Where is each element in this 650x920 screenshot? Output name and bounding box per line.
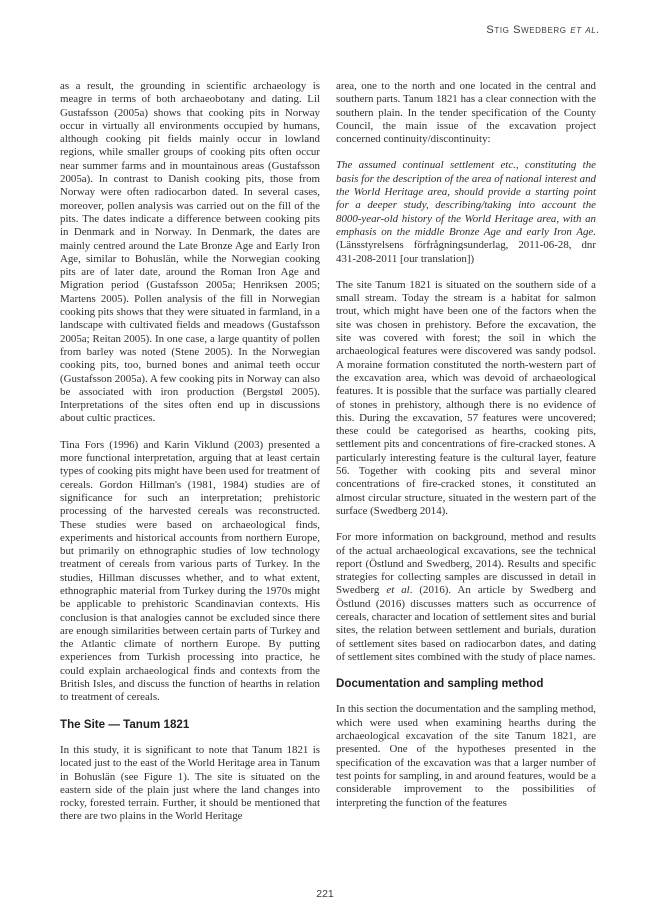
paragraph: In this section the documentation and th… (336, 703, 596, 809)
paragraph: For more information on background, meth… (336, 531, 596, 664)
document-page: Stig Swedberg et al. as a result, the gr… (0, 0, 650, 920)
running-header-etal: et al. (570, 24, 600, 36)
paragraph: area, one to the north and one located i… (336, 80, 596, 146)
paragraph: In this study, it is significant to note… (60, 744, 320, 824)
paragraph: Tina Fors (1996) and Karin Viklund (2003… (60, 439, 320, 705)
right-column: area, one to the north and one located i… (336, 80, 596, 824)
paragraph-segment-italic: et al (386, 584, 409, 596)
running-header-author: Stig Swedberg (486, 24, 570, 36)
block-quote: The assumed continual settlement etc., c… (336, 159, 596, 265)
page-footer: 221 (0, 888, 650, 900)
quote-text: The assumed continual settlement etc., c… (336, 159, 596, 237)
left-column: as a result, the grounding in scientific… (60, 80, 320, 824)
quote-citation: (Länsstyrelsens förfrågningsunderlag, 20… (336, 239, 596, 264)
paragraph: as a result, the grounding in scientific… (60, 80, 320, 426)
page-number: 221 (316, 888, 334, 900)
running-header: Stig Swedberg et al. (486, 24, 600, 36)
section-heading-documentation: Documentation and sampling method (336, 677, 596, 690)
paragraph: The site Tanum 1821 is situated on the s… (336, 279, 596, 518)
section-heading-the-site: The Site — Tanum 1821 (60, 718, 320, 731)
two-column-layout: as a result, the grounding in scientific… (60, 80, 596, 824)
